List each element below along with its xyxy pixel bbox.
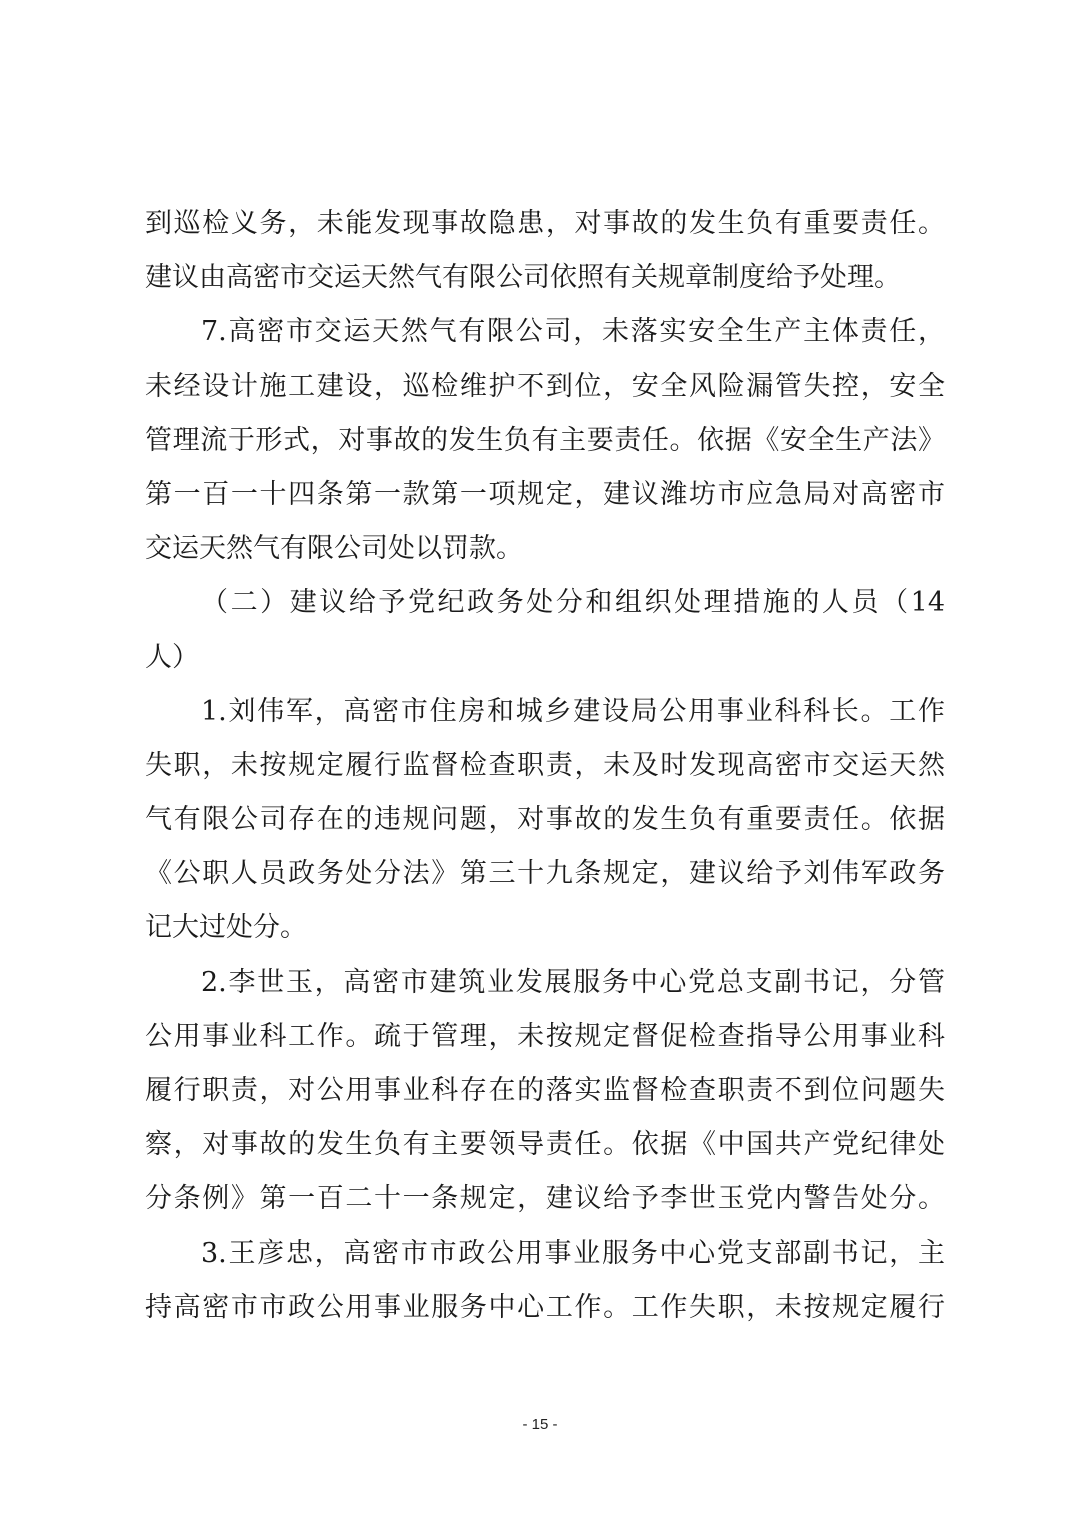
paragraph-person-2: 2.李世玉，高密市建筑业发展服务中心党总支副书记，分管 公用事业科工作。疏于管理…: [145, 956, 945, 1227]
page-number: - 15 -: [0, 1416, 1080, 1433]
text-line: 持高密市市政公用事业服务中心工作。工作失职，未按规定履行: [145, 1281, 945, 1335]
text-line: 分条例》第一百二十一条规定，建议给予李世玉党内警告处分。: [145, 1172, 945, 1226]
document-page: 到巡检义务，未能发现事故隐患，对事故的发生负有重要责任。 建议由高密市交运天然气…: [0, 0, 1080, 1527]
paragraph-person-3: 3.王彦忠，高密市市政公用事业服务中心党支部副书记，主 持高密市市政公用事业服务…: [145, 1227, 945, 1335]
text-line: 2.李世玉，高密市建筑业发展服务中心党总支副书记，分管: [145, 956, 945, 1010]
text-line: 察，对事故的发生负有主要领导责任。依据《中国共产党纪律处: [145, 1118, 945, 1172]
text-line: 公用事业科工作。疏于管理，未按规定督促检查指导公用事业科: [145, 1010, 945, 1064]
section-heading: （二）建议给予党纪政务处分和组织处理措施的人员（14 人）: [145, 576, 945, 684]
text-line: 第一百一十四条第一款第一项规定，建议潍坊市应急局对高密市: [145, 468, 945, 522]
text-line: 记大过处分。: [145, 901, 945, 955]
text-line: 建议由高密市交运天然气有限公司依照有关规章制度给予处理。: [145, 251, 945, 305]
text-line: 《公职人员政务处分法》第三十九条规定，建议给予刘伟军政务: [145, 847, 945, 901]
heading-line: （二）建议给予党纪政务处分和组织处理措施的人员（14: [145, 576, 945, 630]
paragraph-person-1: 1.刘伟军，高密市住房和城乡建设局公用事业科科长。工作 失职，未按规定履行监督检…: [145, 685, 945, 956]
text-line: 到巡检义务，未能发现事故隐患，对事故的发生负有重要责任。: [145, 197, 945, 251]
text-line: 失职，未按规定履行监督检查职责，未及时发现高密市交运天然: [145, 739, 945, 793]
paragraph-continuation: 到巡检义务，未能发现事故隐患，对事故的发生负有重要责任。 建议由高密市交运天然气…: [145, 197, 945, 305]
text-line: 交运天然气有限公司处以罚款。: [145, 522, 945, 576]
body-text: 到巡检义务，未能发现事故隐患，对事故的发生负有重要责任。 建议由高密市交运天然气…: [145, 197, 945, 1335]
text-line: 1.刘伟军，高密市住房和城乡建设局公用事业科科长。工作: [145, 685, 945, 739]
text-line: 3.王彦忠，高密市市政公用事业服务中心党支部副书记，主: [145, 1227, 945, 1281]
text-line: 管理流于形式，对事故的发生负有主要责任。依据《安全生产法》: [145, 414, 945, 468]
paragraph-item-7: 7.高密市交运天然气有限公司，未落实安全生产主体责任， 未经设计施工建设，巡检维…: [145, 305, 945, 576]
heading-line: 人）: [145, 631, 945, 685]
text-line: 履行职责，对公用事业科存在的落实监督检查职责不到位问题失: [145, 1064, 945, 1118]
text-line: 气有限公司存在的违规问题，对事故的发生负有重要责任。依据: [145, 793, 945, 847]
text-line: 未经设计施工建设，巡检维护不到位，安全风险漏管失控，安全: [145, 360, 945, 414]
text-line: 7.高密市交运天然气有限公司，未落实安全生产主体责任，: [145, 305, 945, 359]
